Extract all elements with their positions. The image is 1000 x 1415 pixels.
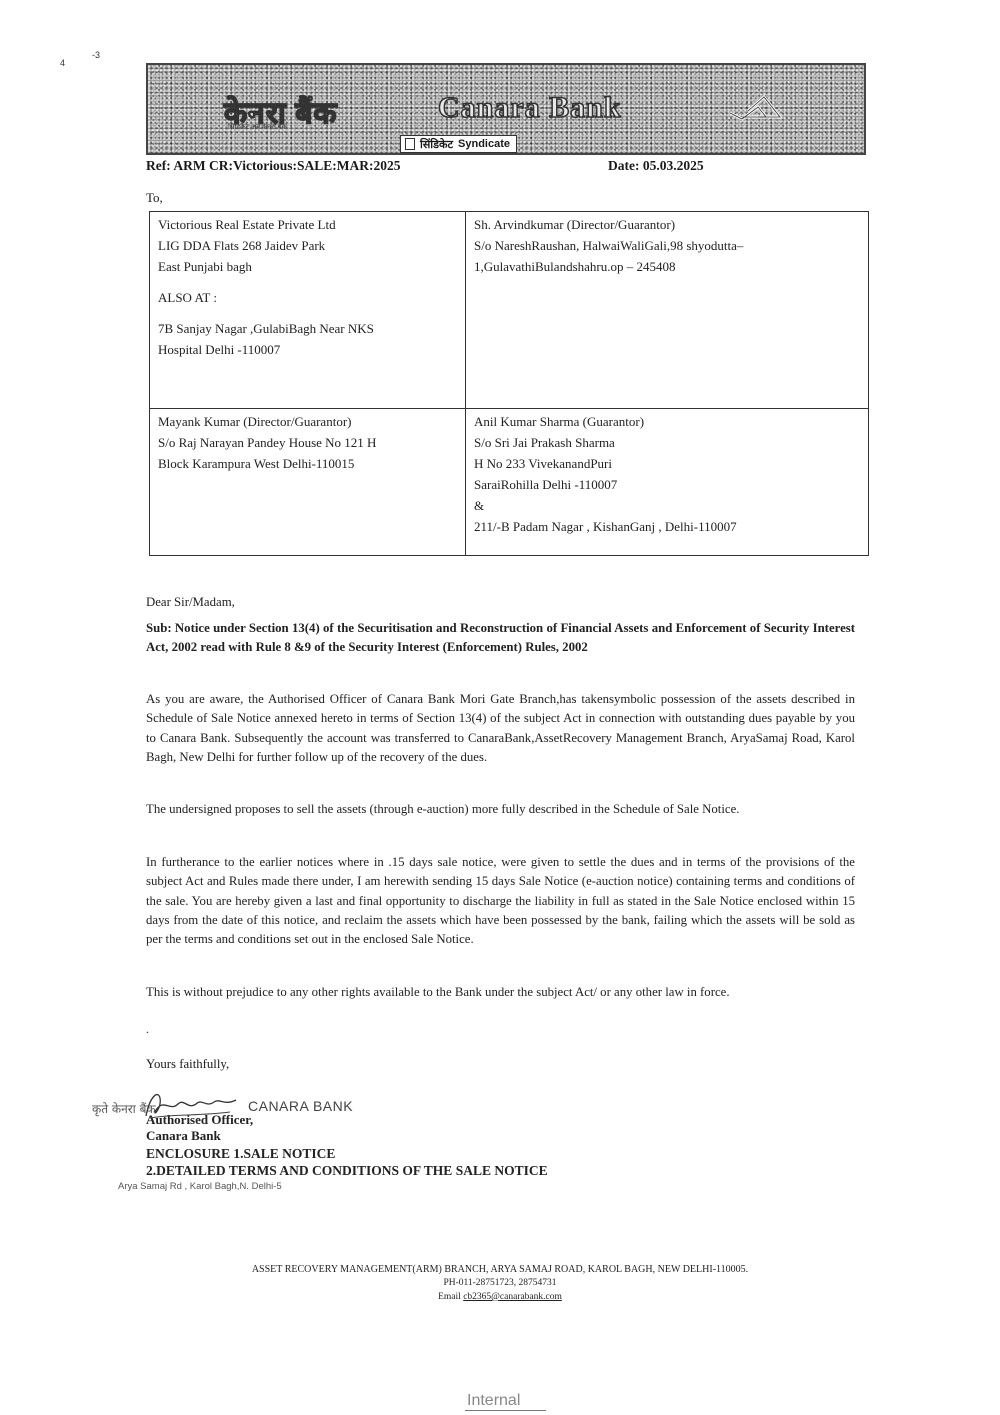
addressee-cell-anil-kumar-sharma: Anil Kumar Sharma (Guarantor) S/o Sri Ja…: [466, 409, 868, 555]
letter-date: Date: 05.03.2025: [608, 158, 704, 174]
addressee-cell-company: Victorious Real Estate Private Ltd LIG D…: [150, 212, 466, 409]
to-label: To,: [146, 190, 163, 206]
addressee-line: SaraiRohilla Delhi -110007: [474, 474, 860, 495]
syndicate-badge-english: Syndicate: [458, 138, 510, 150]
addressee-table: Victorious Real Estate Private Ltd LIG D…: [149, 211, 869, 556]
addressee-line: 7B Sanjay Nagar ,GulabiBagh Near NKS: [158, 318, 457, 339]
canara-triangle-logo-icon: [728, 93, 784, 123]
scan-mark: 4: [60, 58, 65, 68]
stray-mark: .: [146, 1022, 149, 1037]
addressee-line: S/o NareshRaushan, HalwaiWaliGali,98 shy…: [474, 235, 860, 256]
body-paragraph: The undersigned proposes to sell the ass…: [146, 800, 855, 819]
footer-email-line: Email cb2365@canarabank.com: [0, 1292, 1000, 1302]
syndicate-badge-hindi: सिंडिकेट: [420, 137, 453, 152]
scan-mark: -3: [92, 50, 100, 60]
classification-label: Internal: [465, 1392, 546, 1411]
body-paragraph: In furtherance to the earlier notices wh…: [146, 853, 855, 949]
addressee-cell-mayank-kumar: Mayank Kumar (Director/Guarantor) S/o Ra…: [150, 409, 466, 555]
footer-phone: PH-011-28751723, 28754731: [0, 1278, 1000, 1288]
addressee-line: Sh. Arvindkumar (Director/Guarantor): [474, 214, 860, 235]
also-at-label: ALSO AT :: [158, 287, 457, 308]
addressee-cell-arvindkumar: Sh. Arvindkumar (Director/Guarantor) S/o…: [466, 212, 868, 409]
addressee-line: S/o Sri Jai Prakash Sharma: [474, 432, 860, 453]
addressee-line: Anil Kumar Sharma (Guarantor): [474, 411, 860, 432]
bank-name-english: Canara Bank: [438, 91, 622, 125]
reference-number: Ref: ARM CR:Victorious:SALE:MAR:2025: [146, 158, 400, 174]
closing: Yours faithfully,: [146, 1057, 229, 1072]
syndicate-logo-icon: [405, 138, 415, 150]
officer-bank: Canara Bank: [146, 1128, 221, 1144]
body-paragraph: As you are aware, the Authorised Officer…: [146, 690, 855, 767]
body-paragraph: This is without prejudice to any other r…: [146, 983, 855, 1002]
footer-email-label: Email: [438, 1292, 463, 1302]
footer-email-link[interactable]: cb2365@canarabank.com: [463, 1292, 562, 1302]
salutation: Dear Sir/Madam,: [146, 593, 855, 612]
letterhead-banner: केनरा बैंक Canara Bank सिंडिकेट अब केनरा…: [146, 63, 866, 155]
subject-line: Sub: Notice under Section 13(4) of the S…: [146, 619, 855, 658]
addressee-line: East Punjabi bagh: [158, 256, 457, 277]
signature-icon: [140, 1088, 250, 1122]
addressee-line: Block Karampura West Delhi-110015: [158, 453, 457, 474]
addressee-line: &: [474, 495, 860, 516]
addressee-line: Mayank Kumar (Director/Guarantor): [158, 411, 457, 432]
addressee-line: H No 233 VivekanandPuri: [474, 453, 860, 474]
addressee-line: S/o Raj Narayan Pandey House No 121 H: [158, 432, 457, 453]
bank-tagline: सिंडिकेट अब केनरा बैंक: [228, 123, 287, 132]
enclosure-item: 2.DETAILED TERMS AND CONDITIONS OF THE S…: [146, 1163, 548, 1179]
stamp-bank-name: CANARA BANK: [248, 1098, 353, 1114]
enclosure-item: ENCLOSURE 1.SALE NOTICE: [146, 1146, 335, 1162]
addressee-line: 1,GulavathiBulandshahru.op – 245408: [474, 256, 860, 277]
addressee-line: LIG DDA Flats 268 Jaidev Park: [158, 235, 457, 256]
addressee-line: Hospital Delhi -110007: [158, 339, 457, 360]
addressee-line: 211/-B Padam Nagar , KishanGanj , Delhi-…: [474, 516, 860, 537]
syndicate-badge: सिंडिकेट Syndicate: [400, 135, 517, 153]
footer-address: ASSET RECOVERY MANAGEMENT(ARM) BRANCH, A…: [0, 1264, 1000, 1275]
stamp-address: Arya Samaj Rd , Karol Bagh,N. Delhi-5: [118, 1181, 282, 1192]
addressee-line: Victorious Real Estate Private Ltd: [158, 214, 457, 235]
